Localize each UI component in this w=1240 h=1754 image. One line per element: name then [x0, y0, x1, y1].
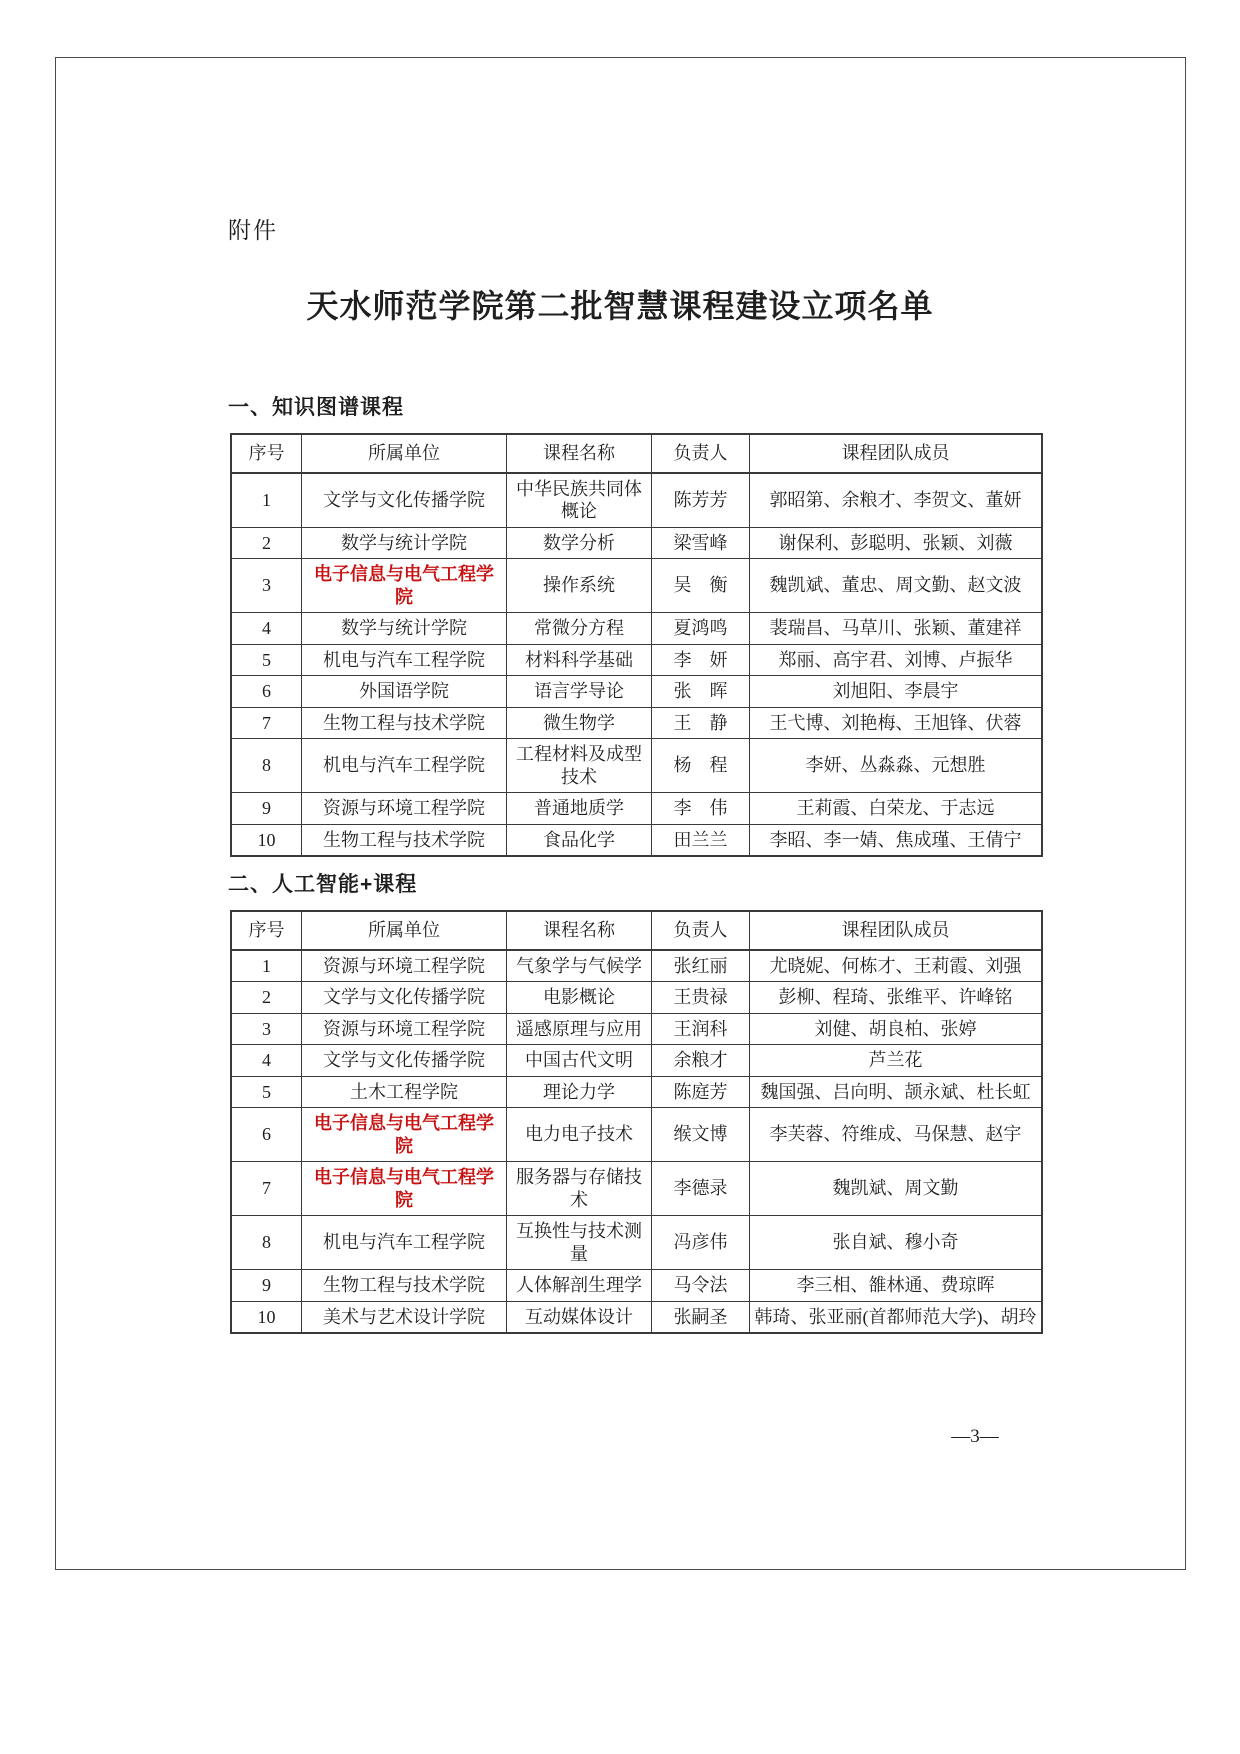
table-row: 7生物工程与技术学院微生物学王 静王弋博、刘艳梅、王旭锋、伏蓉	[231, 707, 1042, 739]
cell-leader: 吴 衡	[652, 559, 750, 613]
cell-course: 人体解剖生理学	[507, 1270, 652, 1302]
cell-leader: 马令法	[652, 1270, 750, 1302]
cell-team: 魏国强、吕向明、颉永斌、杜长虹	[750, 1076, 1043, 1108]
cell-course: 电力电子技术	[507, 1108, 652, 1162]
cell-course: 微生物学	[507, 707, 652, 739]
column-header: 课程名称	[507, 911, 652, 950]
cell-unit: 数学与统计学院	[302, 613, 507, 645]
cell-course: 材料科学基础	[507, 644, 652, 676]
cell-unit: 美术与艺术设计学院	[302, 1301, 507, 1333]
column-header: 负责人	[652, 911, 750, 950]
table-row: 10美术与艺术设计学院互动媒体设计张嗣圣韩琦、张亚丽(首都师范大学)、胡玲	[231, 1301, 1042, 1333]
ai-plus-course-table: 序号所属单位课程名称负责人课程团队成员1资源与环境工程学院气象学与气候学张红丽尤…	[230, 910, 1043, 1334]
cell-course: 常微分方程	[507, 613, 652, 645]
cell-course: 工程材料及成型技术	[507, 739, 652, 793]
cell-course: 理论力学	[507, 1076, 652, 1108]
cell-team: 彭柳、程琦、张维平、许峰铭	[750, 982, 1043, 1014]
cell-team: 魏凯斌、董忠、周文勤、赵文波	[750, 559, 1043, 613]
column-header: 课程团队成员	[750, 434, 1043, 473]
cell-team: 谢保利、彭聪明、张颖、刘薇	[750, 527, 1043, 559]
cell-course: 服务器与存储技术	[507, 1162, 652, 1216]
column-header: 所属单位	[302, 434, 507, 473]
cell-leader: 杨 程	[652, 739, 750, 793]
cell-no: 3	[231, 559, 302, 613]
cell-course: 电影概论	[507, 982, 652, 1014]
cell-no: 10	[231, 824, 302, 856]
cell-leader: 王润科	[652, 1013, 750, 1045]
table-row: 2文学与文化传播学院电影概论王贵禄彭柳、程琦、张维平、许峰铭	[231, 982, 1042, 1014]
table-row: 8机电与汽车工程学院工程材料及成型技术杨 程李妍、丛淼淼、元想胜	[231, 739, 1042, 793]
table-row: 1资源与环境工程学院气象学与气候学张红丽尤晓妮、何栋才、王莉霞、刘强	[231, 950, 1042, 982]
table-row: 4数学与统计学院常微分方程夏鸿鸣裴瑞昌、马草川、张颖、董建祥	[231, 613, 1042, 645]
cell-unit: 文学与文化传播学院	[302, 982, 507, 1014]
cell-unit: 机电与汽车工程学院	[302, 739, 507, 793]
cell-course: 数学分析	[507, 527, 652, 559]
cell-no: 9	[231, 1270, 302, 1302]
cell-unit: 生物工程与技术学院	[302, 1270, 507, 1302]
cell-leader: 王贵禄	[652, 982, 750, 1014]
cell-unit: 电子信息与电气工程学院	[302, 1108, 507, 1162]
cell-no: 2	[231, 527, 302, 559]
table-row: 8机电与汽车工程学院互换性与技术测量冯彦伟张自斌、穆小奇	[231, 1216, 1042, 1270]
cell-course: 普通地质学	[507, 793, 652, 825]
cell-leader: 冯彦伟	[652, 1216, 750, 1270]
cell-no: 4	[231, 613, 302, 645]
cell-leader: 田兰兰	[652, 824, 750, 856]
cell-course: 中国古代文明	[507, 1045, 652, 1077]
page-number: —3—	[925, 1426, 1025, 1448]
column-header: 所属单位	[302, 911, 507, 950]
column-header: 课程名称	[507, 434, 652, 473]
table-row: 4文学与文化传播学院中国古代文明余粮才芦兰花	[231, 1045, 1042, 1077]
cell-unit: 生物工程与技术学院	[302, 707, 507, 739]
cell-no: 6	[231, 676, 302, 708]
section-1-heading: 一、知识图谱课程	[228, 391, 404, 421]
cell-no: 2	[231, 982, 302, 1014]
cell-leader: 梁雪峰	[652, 527, 750, 559]
cell-leader: 李 伟	[652, 793, 750, 825]
cell-unit: 土木工程学院	[302, 1076, 507, 1108]
cell-leader: 李德录	[652, 1162, 750, 1216]
cell-unit: 数学与统计学院	[302, 527, 507, 559]
cell-leader: 张嗣圣	[652, 1301, 750, 1333]
table-row: 1文学与文化传播学院中华民族共同体概论陈芳芳郭昭第、余粮才、李贺文、董妍	[231, 473, 1042, 528]
table-row: 5机电与汽车工程学院材料科学基础李 妍郑丽、高宇君、刘博、卢振华	[231, 644, 1042, 676]
cell-leader: 王 静	[652, 707, 750, 739]
cell-no: 7	[231, 707, 302, 739]
table-row: 3资源与环境工程学院遥感原理与应用王润科刘健、胡良柏、张婷	[231, 1013, 1042, 1045]
cell-team: 芦兰花	[750, 1045, 1043, 1077]
cell-no: 10	[231, 1301, 302, 1333]
header-row: 序号所属单位课程名称负责人课程团队成员	[231, 434, 1042, 473]
cell-no: 1	[231, 950, 302, 982]
cell-course: 遥感原理与应用	[507, 1013, 652, 1045]
cell-course: 操作系统	[507, 559, 652, 613]
cell-unit: 资源与环境工程学院	[302, 1013, 507, 1045]
cell-team: 王莉霞、白荣龙、于志远	[750, 793, 1043, 825]
cell-team: 刘健、胡良柏、张婷	[750, 1013, 1043, 1045]
table-row: 10生物工程与技术学院食品化学田兰兰李昭、李一婧、焦成瑾、王倩宁	[231, 824, 1042, 856]
cell-no: 8	[231, 739, 302, 793]
column-header: 课程团队成员	[750, 911, 1043, 950]
cell-team: 裴瑞昌、马草川、张颖、董建祥	[750, 613, 1043, 645]
knowledge-graph-course-table: 序号所属单位课程名称负责人课程团队成员1文学与文化传播学院中华民族共同体概论陈芳…	[230, 433, 1043, 857]
cell-team: 李昭、李一婧、焦成瑾、王倩宁	[750, 824, 1043, 856]
header-row: 序号所属单位课程名称负责人课程团队成员	[231, 911, 1042, 950]
cell-no: 5	[231, 1076, 302, 1108]
cell-team: 魏凯斌、周文勤	[750, 1162, 1043, 1216]
table-row: 3电子信息与电气工程学院操作系统吴 衡魏凯斌、董忠、周文勤、赵文波	[231, 559, 1042, 613]
cell-leader: 余粮才	[652, 1045, 750, 1077]
cell-no: 5	[231, 644, 302, 676]
cell-leader: 陈芳芳	[652, 473, 750, 528]
table-row: 2数学与统计学院数学分析梁雪峰谢保利、彭聪明、张颖、刘薇	[231, 527, 1042, 559]
cell-team: 郑丽、高宇君、刘博、卢振华	[750, 644, 1043, 676]
cell-leader: 陈庭芳	[652, 1076, 750, 1108]
cell-team: 李妍、丛淼淼、元想胜	[750, 739, 1043, 793]
document-title: 天水师范学院第二批智慧课程建设立项名单	[0, 281, 1240, 327]
table-row: 9资源与环境工程学院普通地质学李 伟王莉霞、白荣龙、于志远	[231, 793, 1042, 825]
cell-course: 互动媒体设计	[507, 1301, 652, 1333]
cell-leader: 缑文博	[652, 1108, 750, 1162]
cell-unit: 电子信息与电气工程学院	[302, 559, 507, 613]
cell-unit: 机电与汽车工程学院	[302, 644, 507, 676]
cell-team: 李三相、雒林通、费琼晖	[750, 1270, 1043, 1302]
cell-no: 7	[231, 1162, 302, 1216]
cell-unit: 资源与环境工程学院	[302, 950, 507, 982]
cell-team: 李芙蓉、符维成、马保慧、赵宇	[750, 1108, 1043, 1162]
cell-team: 张自斌、穆小奇	[750, 1216, 1043, 1270]
cell-team: 刘旭阳、李晨宇	[750, 676, 1043, 708]
cell-no: 9	[231, 793, 302, 825]
cell-leader: 张红丽	[652, 950, 750, 982]
cell-no: 1	[231, 473, 302, 528]
column-header: 序号	[231, 911, 302, 950]
attachment-label: 附件	[228, 212, 278, 245]
cell-course: 气象学与气候学	[507, 950, 652, 982]
cell-unit: 外国语学院	[302, 676, 507, 708]
cell-team: 王弋博、刘艳梅、王旭锋、伏蓉	[750, 707, 1043, 739]
cell-team: 韩琦、张亚丽(首都师范大学)、胡玲	[750, 1301, 1043, 1333]
table-row: 5土木工程学院理论力学陈庭芳魏国强、吕向明、颉永斌、杜长虹	[231, 1076, 1042, 1108]
cell-unit: 生物工程与技术学院	[302, 824, 507, 856]
table-row: 9生物工程与技术学院人体解剖生理学马令法李三相、雒林通、费琼晖	[231, 1270, 1042, 1302]
cell-course: 中华民族共同体概论	[507, 473, 652, 528]
cell-team: 郭昭第、余粮才、李贺文、董妍	[750, 473, 1043, 528]
column-header: 序号	[231, 434, 302, 473]
cell-no: 4	[231, 1045, 302, 1077]
cell-no: 3	[231, 1013, 302, 1045]
table-row: 6电子信息与电气工程学院电力电子技术缑文博李芙蓉、符维成、马保慧、赵宇	[231, 1108, 1042, 1162]
cell-leader: 夏鸿鸣	[652, 613, 750, 645]
cell-unit: 电子信息与电气工程学院	[302, 1162, 507, 1216]
cell-team: 尤晓妮、何栋才、王莉霞、刘强	[750, 950, 1043, 982]
table-row: 7电子信息与电气工程学院服务器与存储技术李德录魏凯斌、周文勤	[231, 1162, 1042, 1216]
column-header: 负责人	[652, 434, 750, 473]
cell-unit: 文学与文化传播学院	[302, 473, 507, 528]
cell-course: 食品化学	[507, 824, 652, 856]
cell-leader: 张 晖	[652, 676, 750, 708]
cell-no: 6	[231, 1108, 302, 1162]
cell-course: 语言学导论	[507, 676, 652, 708]
table-row: 6外国语学院语言学导论张 晖刘旭阳、李晨宇	[231, 676, 1042, 708]
cell-no: 8	[231, 1216, 302, 1270]
cell-course: 互换性与技术测量	[507, 1216, 652, 1270]
section-2-heading: 二、人工智能+课程	[228, 868, 417, 898]
cell-unit: 文学与文化传播学院	[302, 1045, 507, 1077]
cell-leader: 李 妍	[652, 644, 750, 676]
cell-unit: 机电与汽车工程学院	[302, 1216, 507, 1270]
cell-unit: 资源与环境工程学院	[302, 793, 507, 825]
